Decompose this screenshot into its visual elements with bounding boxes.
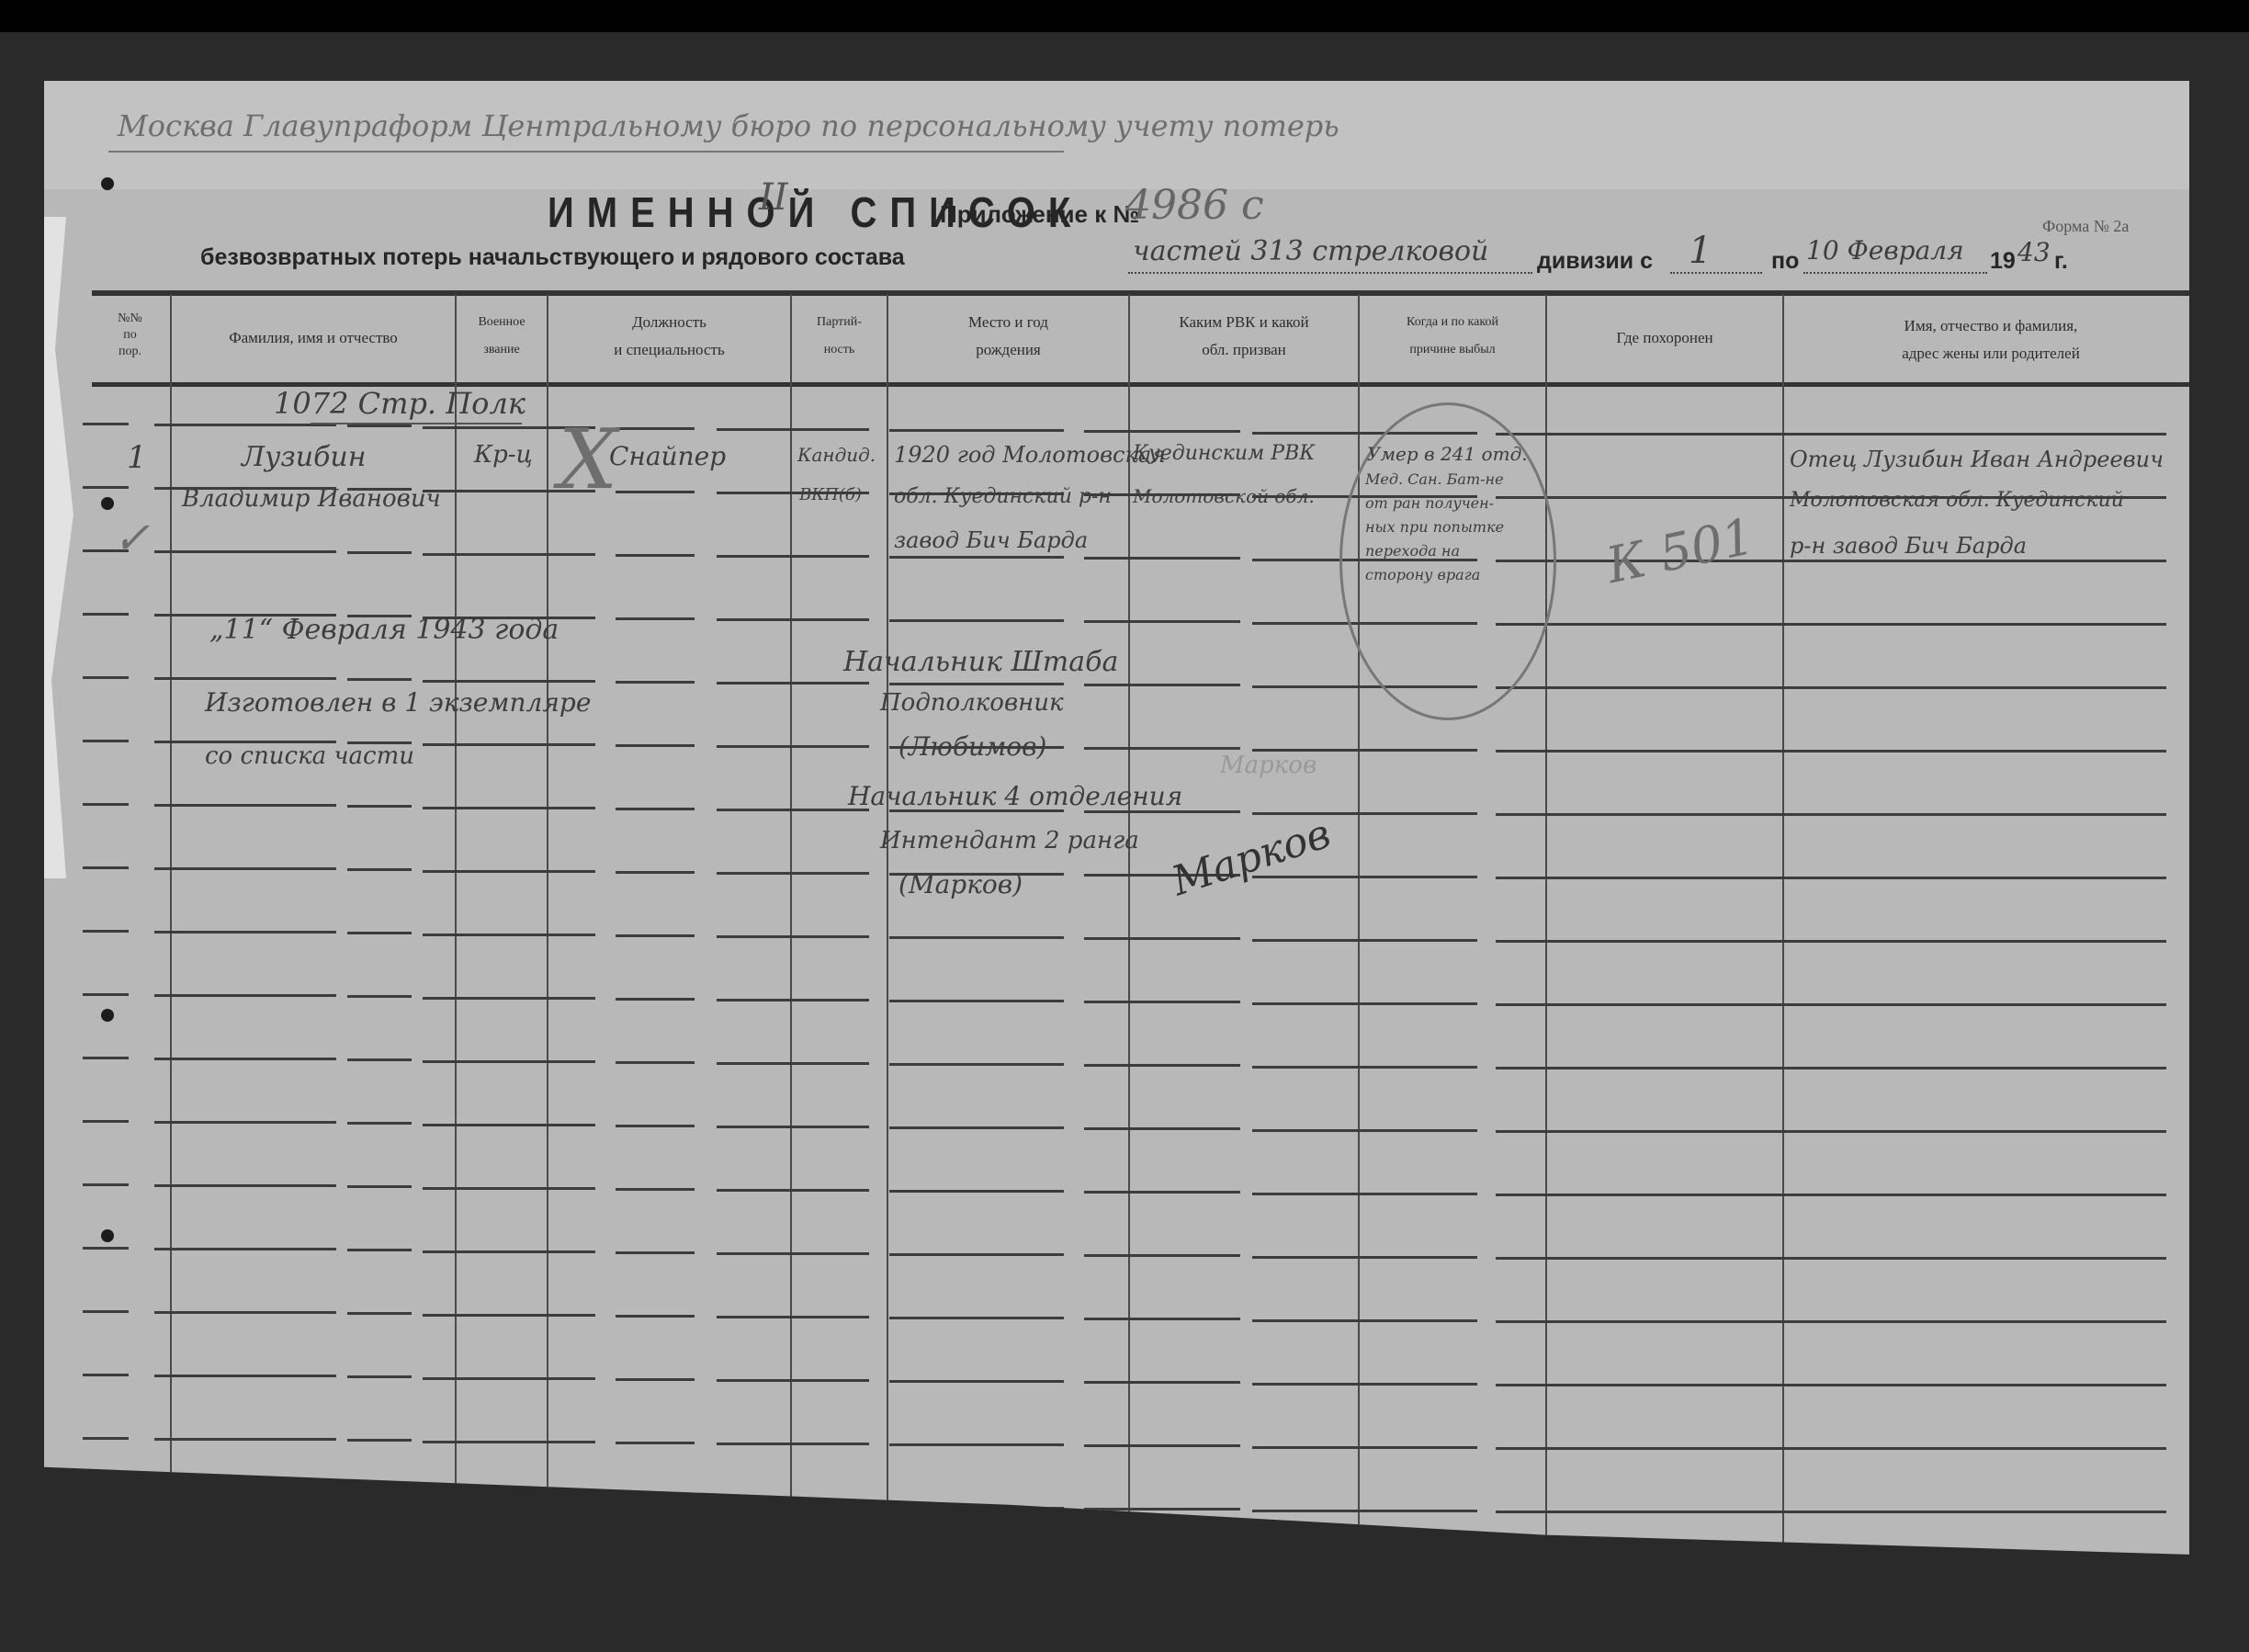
row-rule xyxy=(717,1062,869,1065)
header-relatives-line: Имя, отчество и фамилия, xyxy=(1784,312,2198,340)
row-rule xyxy=(347,1122,412,1125)
row-rule xyxy=(616,744,695,747)
row-rule xyxy=(423,1441,595,1443)
row-rule xyxy=(1252,1066,1477,1069)
row-rule xyxy=(1496,750,2166,752)
surname: Лузибин xyxy=(242,441,367,473)
row-rule xyxy=(1496,1384,2166,1386)
appendix-label: Приложение к № xyxy=(940,200,1139,229)
division-label: дивизии с xyxy=(1537,248,1653,275)
row-rule xyxy=(154,1375,336,1377)
row-rule xyxy=(1252,1256,1477,1259)
unit-heading-underline xyxy=(311,423,522,424)
row-rule xyxy=(1084,937,1240,940)
header-rank: Военное звание xyxy=(457,309,547,364)
row-rule xyxy=(717,1126,869,1128)
row-rule xyxy=(154,1438,336,1441)
row-rule xyxy=(1084,1001,1240,1003)
row-rule xyxy=(616,1188,695,1191)
appendix-number: 4986 с xyxy=(1125,182,1264,229)
row-rule xyxy=(1084,620,1240,623)
row-number: 1 xyxy=(127,439,147,476)
row-rule xyxy=(83,993,129,996)
row-rule xyxy=(83,803,129,806)
rvk-line1: Куединским РВК xyxy=(1133,442,1315,465)
row-rule xyxy=(889,1063,1064,1066)
row-rule xyxy=(616,617,695,620)
addressee-underline xyxy=(108,151,1064,153)
row-rule xyxy=(83,930,129,933)
row-rule xyxy=(717,682,869,685)
when-line5: перехода на xyxy=(1365,542,1460,560)
row-rule xyxy=(423,1124,595,1126)
date-from: 1 xyxy=(1689,230,1712,272)
row-rule xyxy=(154,1311,336,1314)
col-divider xyxy=(547,294,548,1534)
chief-dept-title: Начальник 4 отделения xyxy=(848,781,1182,811)
chief-dept-name: (Марков) xyxy=(898,869,1023,900)
row-rule xyxy=(1496,940,2166,943)
row-rule xyxy=(889,683,1064,685)
row-rule xyxy=(154,867,336,870)
header-name: Фамилия, имя и отчество xyxy=(172,324,455,352)
col-divider xyxy=(887,294,888,1562)
row-rule xyxy=(1084,1254,1240,1257)
row-rule xyxy=(1496,433,2166,436)
row-rule xyxy=(347,868,412,871)
row-rule xyxy=(1252,1510,1477,1512)
header-rvk: Каким РВК и какой обл. призван xyxy=(1130,309,1358,364)
row-rule xyxy=(347,551,412,554)
when-line3: от ран получен- xyxy=(1365,494,1494,512)
row-rule xyxy=(717,872,869,875)
row-rule xyxy=(717,1189,869,1192)
row-rule xyxy=(717,1252,869,1255)
faint-stamp: Марков xyxy=(1220,752,1317,779)
row-rule xyxy=(1496,813,2166,816)
row-rule xyxy=(83,740,129,742)
row-rule xyxy=(889,619,1064,622)
row-rule xyxy=(616,1061,695,1064)
chief-dept-rank: Интендант 2 ранга xyxy=(880,827,1139,854)
col-divider xyxy=(1782,294,1784,1599)
unit-heading: 1072 Стр. Полк xyxy=(274,386,526,421)
row-rule xyxy=(1496,686,2166,689)
header-position-line: Должность xyxy=(548,309,790,336)
row-rule xyxy=(154,931,336,933)
row-rule xyxy=(423,870,595,873)
row-rule xyxy=(83,1120,129,1123)
row-rule xyxy=(889,556,1064,559)
row-rule xyxy=(154,994,336,997)
when-line2: Мед. Сан. Бат-не xyxy=(1365,470,1504,488)
row-rule xyxy=(423,807,595,809)
row-rule xyxy=(616,808,695,810)
row-rule xyxy=(423,1187,595,1190)
row-rule xyxy=(1496,623,2166,626)
row-rule xyxy=(347,424,412,427)
header-buried: Где похоронен xyxy=(1547,324,1782,352)
form-number: Форма № 2а xyxy=(2042,217,2129,236)
row-rule xyxy=(154,1058,336,1060)
row-rule xyxy=(1252,876,1477,878)
row-rule xyxy=(616,1125,695,1127)
row-rule xyxy=(154,677,336,680)
row-rule xyxy=(717,1443,869,1445)
row-rule xyxy=(1252,1319,1477,1322)
row-rule xyxy=(1084,1064,1240,1067)
row-rule xyxy=(717,745,869,748)
chief-staff-rank: Подполковник xyxy=(880,689,1063,717)
relatives-line3: р-н завод Бич Барда xyxy=(1790,533,2027,559)
col-divider xyxy=(170,294,172,1488)
header-birth-line: Место и год xyxy=(888,309,1128,336)
date-to-dotline xyxy=(1803,272,1987,274)
header-rvk-line: Каким РВК и какой xyxy=(1130,309,1358,336)
when-line1: Умер в 241 отд. xyxy=(1367,443,1528,465)
copies-line1: Изготовлен в 1 экземпляре xyxy=(205,687,591,718)
row-rule xyxy=(347,932,412,934)
footer-date: „11“ Февраля 1943 года xyxy=(209,614,559,646)
table-top-rule xyxy=(92,290,2196,296)
col-divider xyxy=(790,294,792,1553)
row-rule xyxy=(1252,1193,1477,1195)
header-when-line: Когда и по какой xyxy=(1360,309,1545,336)
row-rule xyxy=(889,1317,1064,1319)
row-rule xyxy=(1084,1444,1240,1447)
row-rule xyxy=(1496,1511,2166,1513)
row-rule xyxy=(1084,1191,1240,1194)
row-rule xyxy=(1252,939,1477,942)
row-rule xyxy=(616,681,695,684)
row-rule xyxy=(1084,747,1240,750)
row-rule xyxy=(616,871,695,874)
row-rule xyxy=(347,1249,412,1251)
row-rule xyxy=(616,1378,695,1381)
row-rule xyxy=(717,428,869,431)
punch-hole-icon xyxy=(101,1009,114,1022)
row-rule xyxy=(1084,1127,1240,1130)
row-rule xyxy=(889,1126,1064,1129)
row-rule xyxy=(347,1185,412,1188)
row-rule xyxy=(616,998,695,1001)
row-rule xyxy=(1496,1003,2166,1006)
when-line4: ных при попытке xyxy=(1365,518,1504,536)
header-rvk-line: обл. призван xyxy=(1130,336,1358,364)
birth-line1: 1920 год Молотовская xyxy=(894,442,1166,468)
header-party-line: Партий- xyxy=(792,309,887,336)
unit-dotline xyxy=(1128,272,1532,274)
header-position-line: и специальность xyxy=(548,336,790,364)
header-relatives: Имя, отчество и фамилия, адрес жены или … xyxy=(1784,312,2198,368)
row-rule xyxy=(1496,877,2166,879)
title-mark: II xyxy=(759,176,788,219)
row-rule xyxy=(83,1310,129,1313)
header-num-line: пор. xyxy=(90,344,170,360)
header-position: Должность и специальность xyxy=(548,309,790,364)
check-mark-icon: ✓ xyxy=(113,513,150,564)
row-rule xyxy=(423,1314,595,1317)
punch-hole-icon xyxy=(101,497,114,510)
row-rule xyxy=(1252,1129,1477,1132)
row-rule xyxy=(1084,1381,1240,1384)
row-rule xyxy=(83,423,129,425)
header-num-line: по xyxy=(90,327,170,344)
row-rule xyxy=(423,997,595,1000)
row-rule xyxy=(347,1058,412,1061)
rvk-line2: Молотовской обл. xyxy=(1133,485,1315,507)
row-rule xyxy=(889,1443,1064,1446)
row-rule xyxy=(154,424,336,426)
row-rule xyxy=(717,1316,869,1318)
date-from-dotline xyxy=(1670,272,1762,274)
row-rule xyxy=(889,1253,1064,1256)
row-rule xyxy=(1084,1318,1240,1320)
torn-edge xyxy=(44,217,81,878)
header-num-line: №№ xyxy=(90,311,170,327)
birth-line2: обл. Куединский р-н xyxy=(894,485,1112,508)
row-rule xyxy=(83,1057,129,1059)
date-to: 10 Февраля xyxy=(1806,235,1964,266)
row-rule xyxy=(1252,1002,1477,1005)
row-rule xyxy=(347,1439,412,1442)
row-rule xyxy=(83,1437,129,1440)
header-num: №№ по пор. xyxy=(90,311,170,360)
row-rule xyxy=(1252,1383,1477,1386)
year-prefix: 19 xyxy=(1990,248,2016,275)
archive-pencil-mark: К 501 xyxy=(1601,507,1759,594)
row-rule xyxy=(889,1190,1064,1193)
punch-hole-icon xyxy=(101,177,114,190)
row-rule xyxy=(83,486,129,489)
row-rule xyxy=(423,1377,595,1380)
row-rule xyxy=(347,678,412,681)
row-rule xyxy=(1496,1130,2166,1133)
row-rule xyxy=(1084,557,1240,560)
col-divider xyxy=(455,294,457,1525)
row-rule xyxy=(423,1060,595,1063)
addressee-note: Москва Главупраформ Центральному бюро по… xyxy=(118,108,1339,143)
header-rank-line: звание xyxy=(457,336,547,364)
row-rule xyxy=(616,554,695,557)
row-rule xyxy=(717,809,869,811)
row-rule xyxy=(83,1374,129,1376)
header-when-line: причине выбыл xyxy=(1360,336,1545,364)
row-rule xyxy=(717,555,869,558)
row-rule xyxy=(423,743,595,746)
relatives-line1: Отец Лузибин Иван Андреевич xyxy=(1790,447,2164,472)
row-rule xyxy=(423,1250,595,1253)
row-rule xyxy=(1084,684,1240,686)
row-rule xyxy=(717,999,869,1001)
relatives-line2: Молотовская обл. Куединский xyxy=(1790,489,2124,512)
row-rule xyxy=(1496,1257,2166,1260)
punch-hole-icon xyxy=(101,1229,114,1242)
year-end: г. xyxy=(2054,248,2068,275)
header-birth: Место и год рождения xyxy=(888,309,1128,364)
row-rule xyxy=(423,553,595,556)
row-rule xyxy=(616,427,695,430)
birth-line3: завод Бич Барда xyxy=(894,527,1088,553)
chief-staff-title: Начальник Штаба xyxy=(843,646,1118,678)
copies-line2: со списка части xyxy=(205,742,414,770)
party-line2: ВКП(б) xyxy=(799,485,862,504)
position-value: Снайпер xyxy=(609,441,726,471)
year-suffix: 43 xyxy=(2017,237,2051,267)
header-relatives-line: адрес жены или родителей xyxy=(1784,340,2198,368)
when-line6: сторону врага xyxy=(1365,566,1480,583)
row-rule xyxy=(1496,1194,2166,1196)
row-rule xyxy=(616,1442,695,1444)
row-rule xyxy=(889,1000,1064,1002)
signature: Марков xyxy=(1166,810,1336,905)
row-rule xyxy=(889,429,1064,432)
row-rule xyxy=(83,613,129,616)
row-rule xyxy=(347,805,412,808)
row-rule xyxy=(1496,560,2166,562)
row-rule xyxy=(1496,1067,2166,1069)
row-rule xyxy=(1084,430,1240,433)
row-rule xyxy=(616,1251,695,1254)
document-sheet: Москва Главупраформ Центральному бюро по… xyxy=(44,81,2189,1588)
row-rule xyxy=(347,995,412,998)
row-rule xyxy=(616,1315,695,1318)
unit-name: частей 313 стрелковой xyxy=(1133,235,1488,267)
row-rule xyxy=(154,1248,336,1250)
rank-value: Кр-ц xyxy=(474,441,533,469)
header-when-why: Когда и по какой причине выбыл xyxy=(1360,309,1545,364)
header-birth-line: рождения xyxy=(888,336,1128,364)
row-rule xyxy=(717,618,869,621)
header-party: Партий- ность xyxy=(792,309,887,364)
row-rule xyxy=(347,1312,412,1315)
row-rule xyxy=(889,936,1064,939)
header-party-line: ность xyxy=(792,336,887,364)
subtitle: безвозвратных потерь начальствующего и р… xyxy=(200,244,905,271)
row-rule xyxy=(1496,1320,2166,1323)
row-rule xyxy=(83,1183,129,1186)
date-to-label: по xyxy=(1771,248,1799,275)
given-names: Владимир Иванович xyxy=(182,485,441,513)
row-rule xyxy=(423,680,595,683)
row-rule xyxy=(1496,1447,2166,1450)
row-rule xyxy=(154,1184,336,1187)
header-rank-line: Военное xyxy=(457,309,547,336)
chief-staff-name: (Любимов) xyxy=(898,731,1046,762)
row-rule xyxy=(154,1121,336,1124)
row-rule xyxy=(154,550,336,553)
row-rule xyxy=(423,933,595,936)
row-rule xyxy=(889,1380,1064,1383)
row-rule xyxy=(616,491,695,493)
row-rule xyxy=(717,1379,869,1382)
row-rule xyxy=(347,1375,412,1378)
row-rule xyxy=(154,804,336,807)
party-line1: Кандид. xyxy=(797,444,876,466)
row-rule xyxy=(83,866,129,869)
row-rule xyxy=(616,934,695,937)
col-divider xyxy=(1128,294,1130,1571)
row-rule xyxy=(1252,812,1477,815)
row-rule xyxy=(717,935,869,938)
row-rule xyxy=(83,676,129,679)
row-rule xyxy=(83,1247,129,1250)
row-rule xyxy=(1252,1446,1477,1449)
